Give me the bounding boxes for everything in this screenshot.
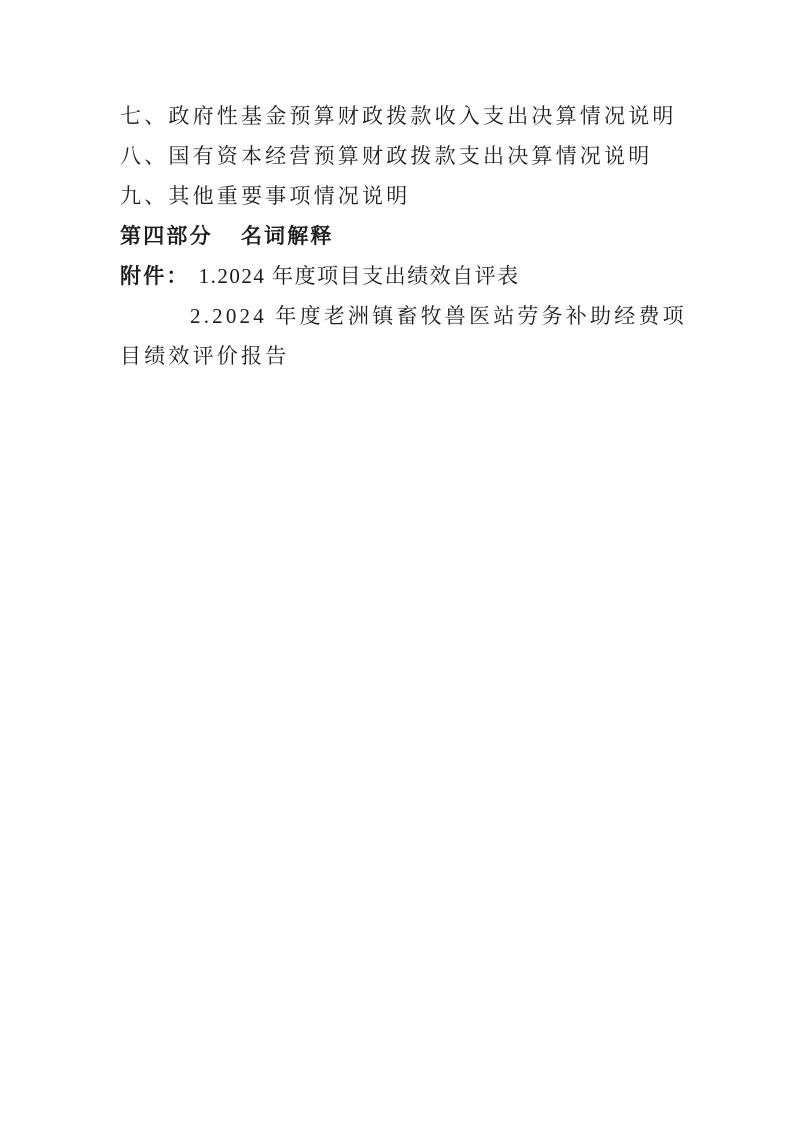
toc-item-9: 九、其他重要事项情况说明	[0, 176, 793, 216]
document-content: 七、政府性基金预算财政拨款收入支出决算情况说明 八、国有资本经营预算财政拨款支出…	[0, 96, 793, 376]
attachment-item-1: 1.2024 年度项目支出绩效自评表	[199, 264, 520, 288]
section-heading: 第四部分名词解释	[0, 216, 793, 256]
section-heading-title: 名词解释	[241, 224, 334, 248]
attachments-line-1: 附件：1.2024 年度项目支出绩效自评表	[0, 256, 793, 296]
section-heading-part: 第四部分	[120, 224, 213, 248]
toc-item-8: 八、国有资本经营预算财政拨款支出决算情况说明	[0, 136, 793, 176]
attachments-label: 附件：	[120, 264, 190, 288]
attachment-item-2-line-1: 2.2024 年度老洲镇畜牧兽医站劳务补助经费项	[0, 296, 793, 336]
toc-item-7: 七、政府性基金预算财政拨款收入支出决算情况说明	[0, 96, 793, 136]
attachment-item-2-line-2: 目绩效评价报告	[0, 336, 793, 376]
document-page: 七、政府性基金预算财政拨款收入支出决算情况说明 八、国有资本经营预算财政拨款支出…	[0, 0, 793, 1122]
